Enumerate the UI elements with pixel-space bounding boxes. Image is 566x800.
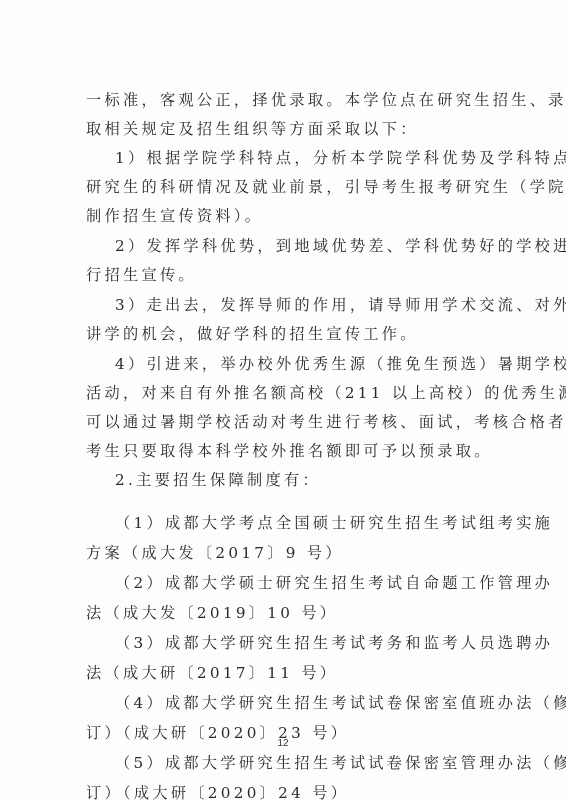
text-line: 2）发挥学科优势，到地域优势差、学科优势好的学校进	[115, 236, 487, 256]
text-line: 制作招生宣传资料）。	[86, 206, 486, 226]
text-line: 3）走出去，发挥导师的作用，请导师用学术交流、对外	[115, 295, 487, 315]
text-line: 活动，对来自有外推名额高校（211 以上高校）的优秀生源，	[86, 383, 486, 403]
text-line: 一标准，客观公正，择优录取。本学位点在研究生招生、录	[86, 90, 486, 110]
text-line: 法（成大研〔2017〕11 号）	[86, 663, 486, 683]
page-number: 12	[0, 738, 566, 749]
text-line: （4）成都大学研究生招生考试试卷保密室值班办法（修	[115, 693, 487, 713]
text-line: （5）成都大学研究生招生考试试卷保密室管理办法（修	[115, 753, 487, 773]
text-line: 行招生宣传。	[86, 265, 486, 285]
text-line: 研究生的科研情况及就业前景，引导考生报考研究生（学院	[86, 177, 486, 197]
text-line: 订）（成大研〔2020〕24 号）	[86, 783, 486, 800]
text-line: （2）成都大学硕士研究生招生考试自命题工作管理办	[115, 573, 487, 593]
text-line: 考生只要取得本科学校外推名额即可予以预录取。	[86, 441, 486, 461]
document-page: 一标准，客观公正，择优录取。本学位点在研究生招生、录 取相关规定及招生组织等方面…	[0, 0, 566, 800]
text-line: 1）根据学院学科特点，分析本学院学科优势及学科特点，	[115, 148, 487, 168]
text-line: 4）引进来，举办校外优秀生源（推免生预选）暑期学校	[115, 354, 487, 374]
text-line: （1）成都大学考点全国硕士研究生招生考试组考实施	[115, 513, 487, 533]
text-line: 法（成大发〔2019〕10 号）	[86, 603, 486, 623]
text-line: 取相关规定及招生组织等方面采取以下：	[86, 119, 486, 139]
text-line: 可以通过暑期学校活动对考生进行考核、面试，考核合格者	[86, 412, 486, 432]
section-heading: 2.主要招生保障制度有：	[115, 470, 487, 490]
text-line: 方案（成大发〔2017〕9 号）	[86, 543, 486, 563]
text-line: （3）成都大学研究生招生考试考务和监考人员选聘办	[115, 633, 487, 653]
text-line: 讲学的机会，做好学科的招生宣传工作。	[86, 324, 486, 344]
